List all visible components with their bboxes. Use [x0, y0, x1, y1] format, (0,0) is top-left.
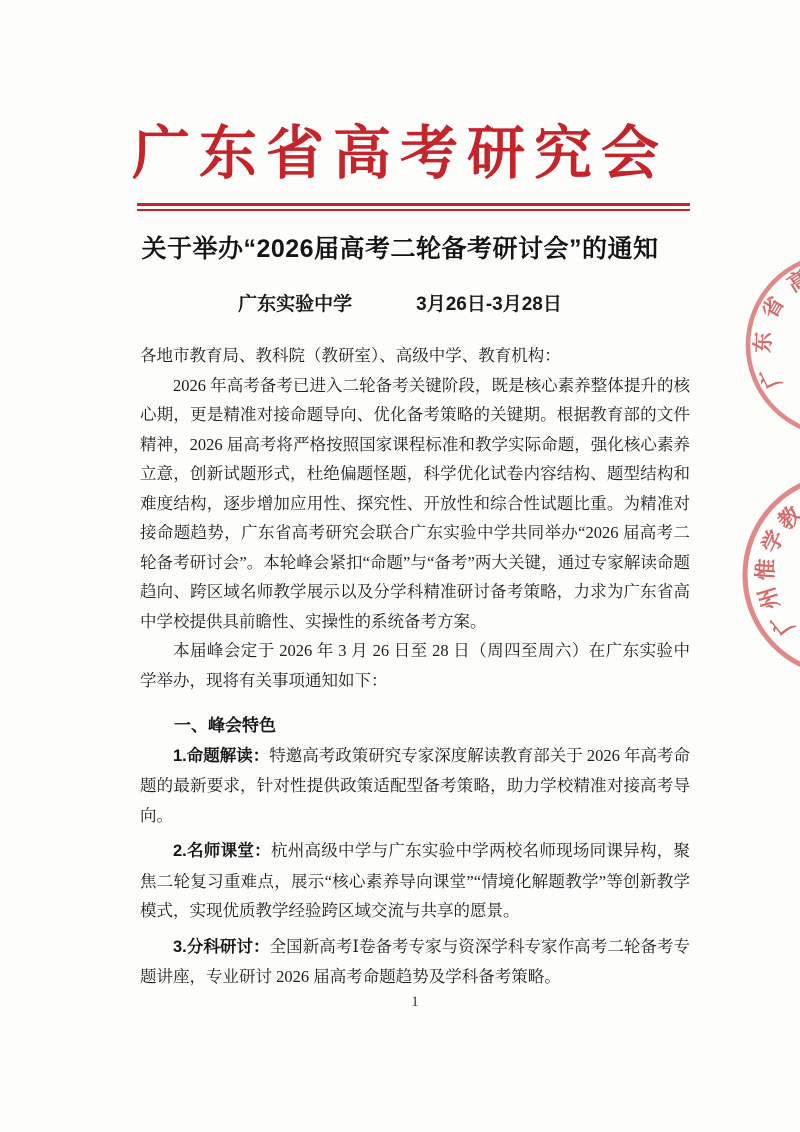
stamp-2-char: 教: [773, 500, 800, 534]
stamp-1-char: 广: [755, 363, 786, 392]
document-page: 广东省高考研究会 关于举办“2026届高考二轮备考研讨会”的通知 广东实验中学 …: [0, 0, 800, 1132]
notice-body: 各地市教育局、教科院（教研室）、高级中学、教育机构： 2026 年高考备考已进入…: [140, 341, 690, 992]
feature-2-label: 2.名师课堂：: [173, 842, 271, 860]
meta-line: 广东实验中学 3月26日-3月28日: [0, 293, 800, 317]
stamp-2-char: 惟: [752, 558, 778, 582]
feature-3-label: 3.分科研讨：: [173, 938, 270, 956]
stamp-2-char: 州: [754, 584, 784, 612]
page-number: 1: [140, 994, 690, 1011]
salutation: 各地市教育局、教科院（教研室）、高级中学、教育机构：: [140, 341, 690, 371]
feature-item-2: 2.名师课堂：杭州高级中学与广东实验中学两校名师现场同课异构，聚焦二轮复习重难点…: [140, 836, 690, 926]
letterhead-double-rule: [137, 203, 690, 211]
paragraph-intro: 2026 年高考备考已进入二轮备考关键阶段，既是核心素养整体提升的核心期，更是精…: [140, 371, 690, 637]
paragraph-schedule: 本届峰会定于 2026 年 3 月 26 日至 28 日（周四至周六）在广东实验…: [140, 636, 690, 695]
feature-1-label: 1.命题解读：: [173, 747, 269, 765]
venue-text: 广东实验中学: [238, 293, 352, 317]
dates-text: 3月26日-3月28日: [416, 293, 562, 317]
round-stamp-icon: 教 学 惟 州 广: [725, 455, 800, 695]
stamp-2-char: 学: [757, 526, 789, 557]
feature-item-1: 1.命题解读：特邀高考政策研究专家深度解读教育部关于 2026 年高考命题的最新…: [140, 741, 690, 831]
section-heading-features: 一、峰会特色: [140, 711, 690, 741]
letterhead-org-name: 广东省高考研究会: [105, 114, 695, 194]
stamp-1-char: 东: [751, 331, 776, 353]
feature-item-3: 3.分科研讨：全国新高考Ⅰ卷备考专家与资深学科专家作高考二轮备考专题讲座，专业研…: [140, 932, 690, 992]
notice-title: 关于举办“2026届高考二轮备考研讨会”的通知: [0, 232, 800, 266]
stamp-2-char: 广: [766, 608, 799, 641]
letterhead: 广东省高考研究会: [0, 114, 800, 211]
